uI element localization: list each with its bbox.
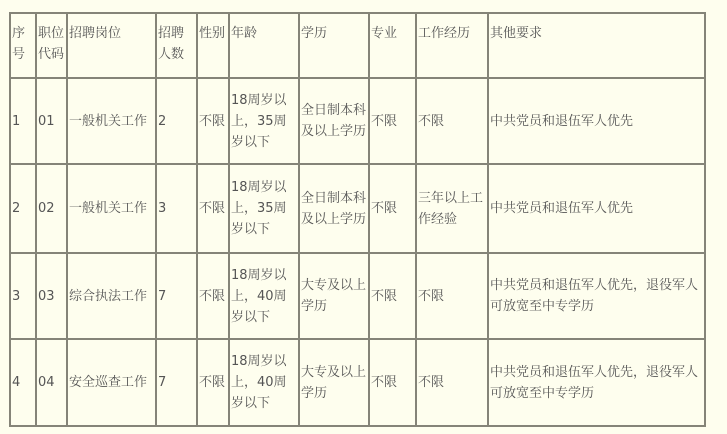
- cell-experience: 三年以上工作经验: [416, 164, 488, 253]
- cell-experience: 不限: [416, 78, 488, 164]
- table-row: 2 02 一般机关工作 3 不限 18周岁以上，35周岁以下 全日制本科及以上学…: [10, 164, 705, 253]
- cell-major: 不限: [369, 78, 416, 164]
- cell-major: 不限: [369, 339, 416, 426]
- cell-position: 一般机关工作: [67, 78, 156, 164]
- header-position: 招聘岗位: [67, 13, 156, 78]
- cell-education: 全日制本科及以上学历: [299, 164, 369, 253]
- header-experience: 工作经历: [416, 13, 488, 78]
- cell-seq: 1: [10, 78, 36, 164]
- cell-other: 中共党员和退伍军人优先，退役军人可放宽至中专学历: [488, 253, 705, 339]
- cell-seq: 3: [10, 253, 36, 339]
- cell-code: 01: [36, 78, 67, 164]
- table-row: 3 03 综合执法工作 7 不限 18周岁以上，40周岁以下 大专及以上学历 不…: [10, 253, 705, 339]
- cell-education: 大专及以上学历: [299, 253, 369, 339]
- cell-other: 中共党员和退伍军人优先: [488, 164, 705, 253]
- header-gender: 性别: [197, 13, 229, 78]
- table-header-row: 序号 职位代码 招聘岗位 招聘人数 性别 年龄 学历 专业 工作经历 其他要求: [10, 13, 705, 78]
- cell-position: 安全巡查工作: [67, 339, 156, 426]
- cell-gender: 不限: [197, 339, 229, 426]
- cell-age: 18周岁以上，35周岁以下: [229, 164, 299, 253]
- cell-age: 18周岁以上，35周岁以下: [229, 78, 299, 164]
- header-major: 专业: [369, 13, 416, 78]
- cell-position: 一般机关工作: [67, 164, 156, 253]
- header-seq: 序号: [10, 13, 36, 78]
- cell-experience: 不限: [416, 253, 488, 339]
- cell-gender: 不限: [197, 253, 229, 339]
- recruitment-table-container: 序号 职位代码 招聘岗位 招聘人数 性别 年龄 学历 专业 工作经历 其他要求 …: [9, 12, 706, 427]
- cell-count: 2: [156, 78, 197, 164]
- cell-major: 不限: [369, 253, 416, 339]
- cell-count: 7: [156, 339, 197, 426]
- table-row: 4 04 安全巡查工作 7 不限 18周岁以上，40周岁以下 大专及以上学历 不…: [10, 339, 705, 426]
- cell-experience: 不限: [416, 339, 488, 426]
- cell-age: 18周岁以上，40周岁以下: [229, 339, 299, 426]
- cell-age: 18周岁以上，40周岁以下: [229, 253, 299, 339]
- table-row: 1 01 一般机关工作 2 不限 18周岁以上，35周岁以下 全日制本科及以上学…: [10, 78, 705, 164]
- cell-education: 全日制本科及以上学历: [299, 78, 369, 164]
- cell-seq: 4: [10, 339, 36, 426]
- cell-gender: 不限: [197, 78, 229, 164]
- cell-code: 04: [36, 339, 67, 426]
- cell-code: 03: [36, 253, 67, 339]
- cell-code: 02: [36, 164, 67, 253]
- header-other: 其他要求: [488, 13, 705, 78]
- recruitment-table: 序号 职位代码 招聘岗位 招聘人数 性别 年龄 学历 专业 工作经历 其他要求 …: [9, 12, 706, 427]
- cell-gender: 不限: [197, 164, 229, 253]
- header-count: 招聘人数: [156, 13, 197, 78]
- cell-major: 不限: [369, 164, 416, 253]
- cell-count: 3: [156, 164, 197, 253]
- header-code: 职位代码: [36, 13, 67, 78]
- cell-seq: 2: [10, 164, 36, 253]
- cell-position: 综合执法工作: [67, 253, 156, 339]
- cell-other: 中共党员和退伍军人优先: [488, 78, 705, 164]
- cell-education: 大专及以上学历: [299, 339, 369, 426]
- header-age: 年龄: [229, 13, 299, 78]
- cell-count: 7: [156, 253, 197, 339]
- header-education: 学历: [299, 13, 369, 78]
- cell-other: 中共党员和退伍军人优先，退役军人可放宽至中专学历: [488, 339, 705, 426]
